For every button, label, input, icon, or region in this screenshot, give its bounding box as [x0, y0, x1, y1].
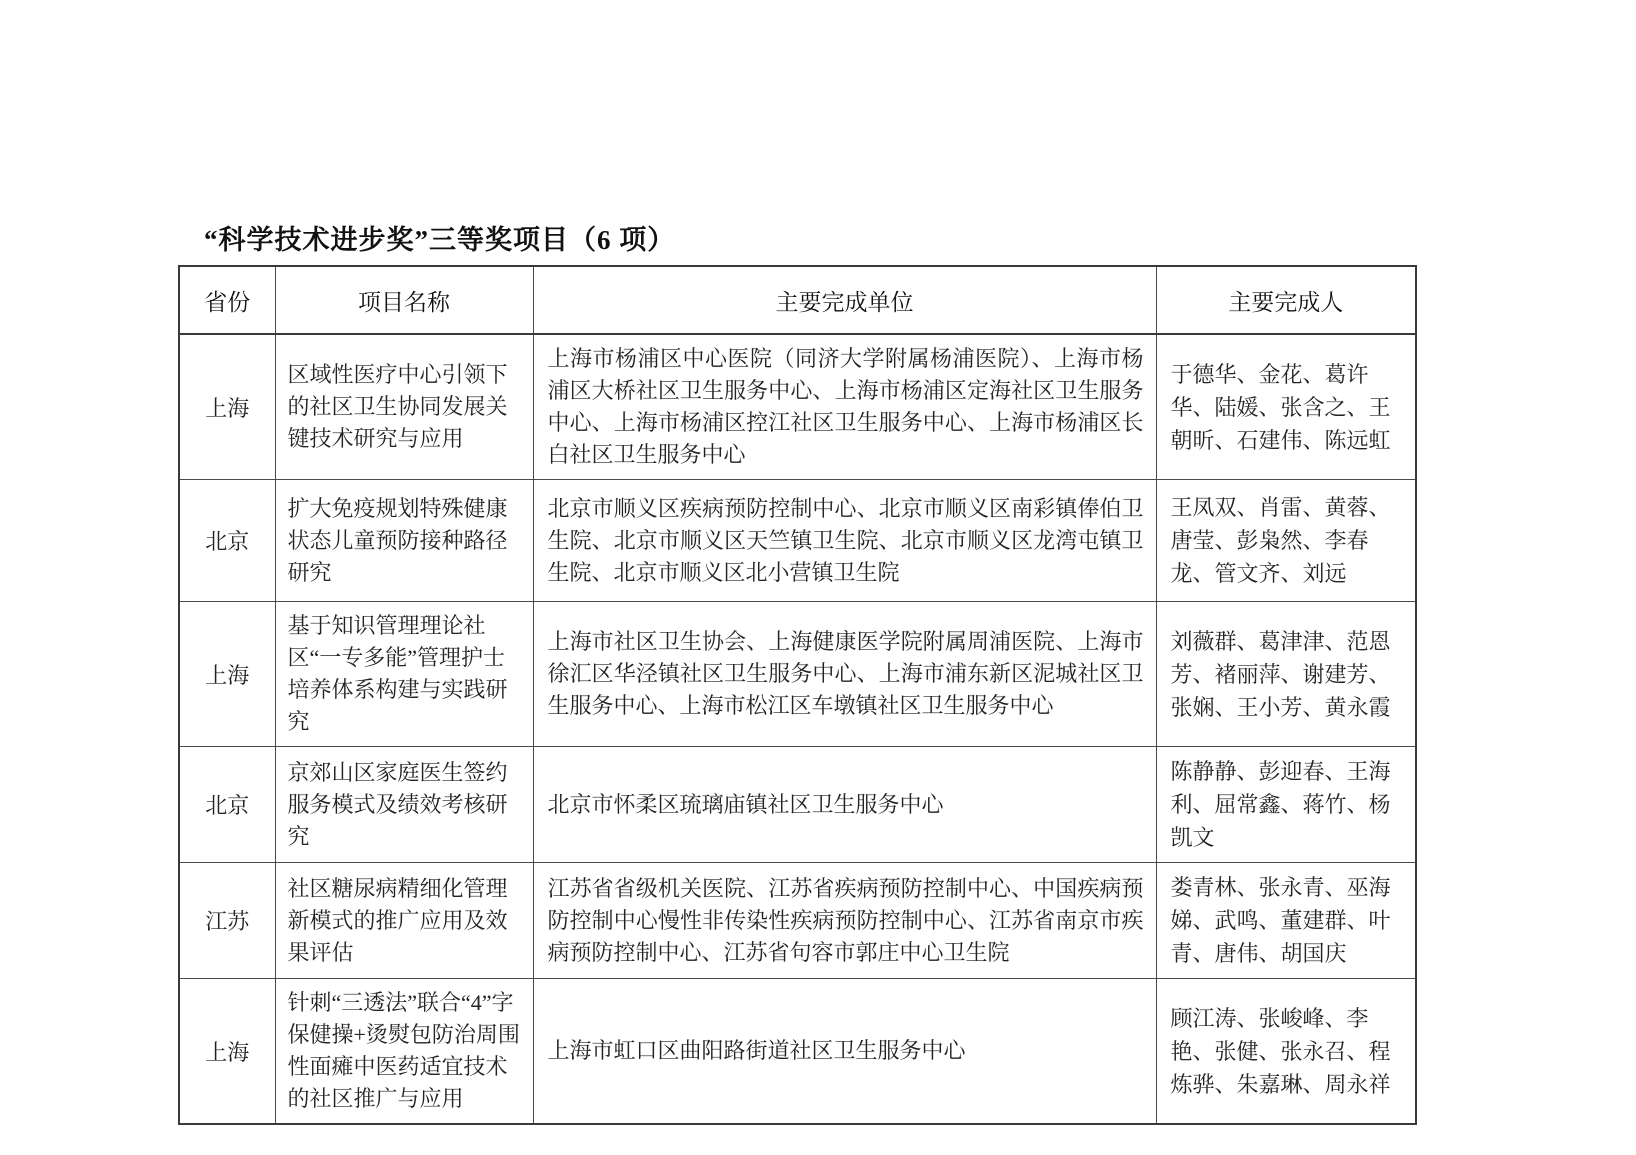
- cell-project-name: 针刺“三透法”联合“4”字保健操+烫熨包防治周围性面瘫中医药适宜技术的社区推广与…: [275, 979, 533, 1125]
- cell-main-people: 刘薇群、葛津津、范恩芳、褚丽萍、谢建芳、张娴、王小芳、黄永霞: [1156, 602, 1416, 747]
- cell-main-people: 陈静静、彭迎春、王海利、屈常鑫、蒋竹、杨凯文: [1156, 747, 1416, 863]
- cell-main-units: 北京市怀柔区琉璃庙镇社区卫生服务中心: [533, 747, 1156, 863]
- cell-project-name: 基于知识管理理论社区“一专多能”管理护士培养体系构建与实践研究: [275, 602, 533, 747]
- cell-province: 上海: [179, 602, 275, 747]
- table-row: 江苏 社区糖尿病精细化管理新模式的推广应用及效果评估 江苏省省级机关医院、江苏省…: [179, 863, 1416, 979]
- table-row: 上海 基于知识管理理论社区“一专多能”管理护士培养体系构建与实践研究 上海市社区…: [179, 602, 1416, 747]
- cell-main-units: 上海市杨浦区中心医院（同济大学附属杨浦医院）、上海市杨浦区大桥社区卫生服务中心、…: [533, 334, 1156, 480]
- cell-main-units: 江苏省省级机关医院、江苏省疾病预防控制中心、中国疾病预防控制中心慢性非传染性疾病…: [533, 863, 1156, 979]
- cell-main-people: 顾江涛、张峻峰、李艳、张健、张永召、程炼骅、朱嘉琳、周永祥: [1156, 979, 1416, 1125]
- header-province: 省份: [179, 266, 275, 334]
- cell-project-name: 京郊山区家庭医生签约服务模式及绩效考核研究: [275, 747, 533, 863]
- cell-main-units: 上海市虹口区曲阳路街道社区卫生服务中心: [533, 979, 1156, 1125]
- table-row: 上海 针刺“三透法”联合“4”字保健操+烫熨包防治周围性面瘫中医药适宜技术的社区…: [179, 979, 1416, 1125]
- cell-province: 北京: [179, 747, 275, 863]
- cell-main-people: 于德华、金花、葛许华、陆媛、张含之、王朝昕、石建伟、陈远虹: [1156, 334, 1416, 480]
- table-row: 北京 扩大免疫规划特殊健康状态儿童预防接种路径研究 北京市顺义区疾病预防控制中心…: [179, 480, 1416, 602]
- header-people: 主要完成人: [1156, 266, 1416, 334]
- cell-project-name: 扩大免疫规划特殊健康状态儿童预防接种路径研究: [275, 480, 533, 602]
- cell-main-people: 娄青林、张永青、巫海娣、武鸣、董建群、叶青、唐伟、胡国庆: [1156, 863, 1416, 979]
- page-title: “科学技术进步奖”三等奖项目（6 项）: [204, 218, 675, 257]
- cell-main-people: 王凤双、肖雷、黄蓉、唐莹、彭枭然、李春龙、管文齐、刘远: [1156, 480, 1416, 602]
- cell-province: 北京: [179, 480, 275, 602]
- cell-main-units: 北京市顺义区疾病预防控制中心、北京市顺义区南彩镇俸伯卫生院、北京市顺义区天竺镇卫…: [533, 480, 1156, 602]
- cell-project-name: 区域性医疗中心引领下的社区卫生协同发展关键技术研究与应用: [275, 334, 533, 480]
- cell-project-name: 社区糖尿病精细化管理新模式的推广应用及效果评估: [275, 863, 533, 979]
- table-row: 北京 京郊山区家庭医生签约服务模式及绩效考核研究 北京市怀柔区琉璃庙镇社区卫生服…: [179, 747, 1416, 863]
- cell-province: 上海: [179, 334, 275, 480]
- award-projects-table: 省份 项目名称 主要完成单位 主要完成人 上海 区域性医疗中心引领下的社区卫生协…: [178, 265, 1417, 1125]
- document-page: “科学技术进步奖”三等奖项目（6 项） 省份 项目名称 主要完成单位 主要完成人…: [0, 0, 1636, 1155]
- header-project: 项目名称: [275, 266, 533, 334]
- cell-province: 江苏: [179, 863, 275, 979]
- header-units: 主要完成单位: [533, 266, 1156, 334]
- table-header-row: 省份 项目名称 主要完成单位 主要完成人: [179, 266, 1416, 334]
- cell-province: 上海: [179, 979, 275, 1125]
- cell-main-units: 上海市社区卫生协会、上海健康医学院附属周浦医院、上海市徐汇区华泾镇社区卫生服务中…: [533, 602, 1156, 747]
- table-row: 上海 区域性医疗中心引领下的社区卫生协同发展关键技术研究与应用 上海市杨浦区中心…: [179, 334, 1416, 480]
